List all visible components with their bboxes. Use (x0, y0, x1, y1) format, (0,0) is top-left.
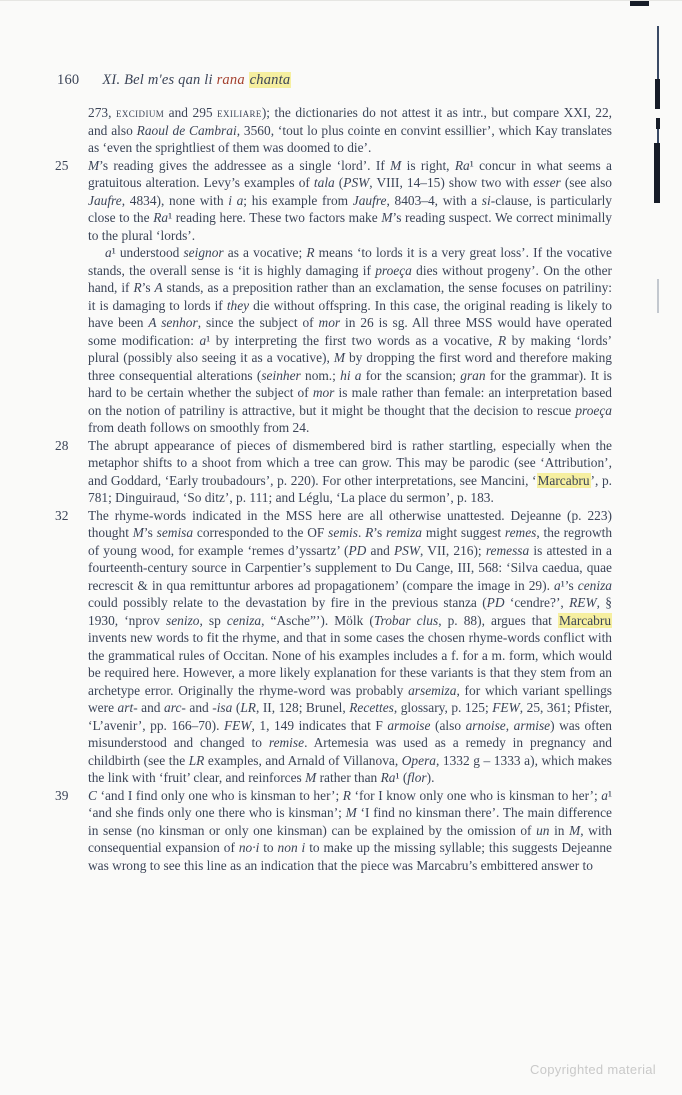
note-number: 32 (55, 507, 83, 525)
scan-artifact-bar (654, 143, 660, 203)
note-body: 273, excidium and 295 exiliare); the dic… (88, 104, 612, 157)
scan-artifact-blob (656, 118, 660, 129)
note: 28 The abrupt appearance of pieces of di… (88, 437, 612, 507)
note-paragraph: The rhyme-words indicated in the MSS her… (88, 507, 612, 787)
search-highlight: chanta (249, 72, 292, 88)
small-caps-text: exiliare (217, 105, 262, 120)
scan-artifact-line (657, 129, 659, 143)
search-match-red: rana (217, 72, 245, 88)
note-paragraph: The abrupt appearance of pieces of disme… (88, 437, 612, 507)
note: 39 C ‘and I find only one who is kinsman… (88, 787, 612, 875)
note-number: 28 (55, 437, 83, 455)
page-number: 160 (57, 72, 79, 88)
search-highlight: Marcabru (537, 473, 591, 488)
note-paragraph: M’s reading gives the addressee as a sin… (88, 157, 612, 245)
note-paragraph: a¹ understood seignor as a vocative; R m… (88, 244, 612, 437)
note-number: 25 (55, 157, 83, 175)
note-paragraph: 273, excidium and 295 exiliare); the dic… (88, 104, 612, 157)
scan-artifact-faint-line (657, 279, 659, 313)
note-body: The abrupt appearance of pieces of disme… (88, 437, 612, 507)
note-paragraph: C ‘and I find only one who is kinsman to… (88, 787, 612, 875)
note-body: M’s reading gives the addressee as a sin… (88, 157, 612, 437)
copyright-watermark: Copyrighted material (530, 1062, 656, 1077)
note-number: 39 (55, 787, 83, 805)
small-caps-text: excidium (116, 105, 164, 120)
note: 32 The rhyme-words indicated in the MSS … (88, 507, 612, 787)
scan-artifact-top-edge-mark (630, 1, 649, 6)
note: 25 M’s reading gives the addressee as a … (88, 157, 612, 437)
scan-artifact-bar (655, 79, 660, 109)
page-header: 160XI. Bel m'es qan li rana chanta (57, 72, 291, 89)
note-body: C ‘and I find only one who is kinsman to… (88, 787, 612, 875)
book-page: 160XI. Bel m'es qan li rana chanta 273, … (0, 0, 682, 1095)
note-body: The rhyme-words indicated in the MSS her… (88, 507, 612, 787)
note: 273, excidium and 295 exiliare); the dic… (88, 104, 612, 157)
running-title: XI. Bel m'es qan li rana chanta (102, 72, 291, 88)
search-highlight: Marcabru (558, 613, 612, 628)
scan-artifact-line (657, 26, 659, 81)
notes-block: 273, excidium and 295 exiliare); the dic… (88, 104, 612, 874)
